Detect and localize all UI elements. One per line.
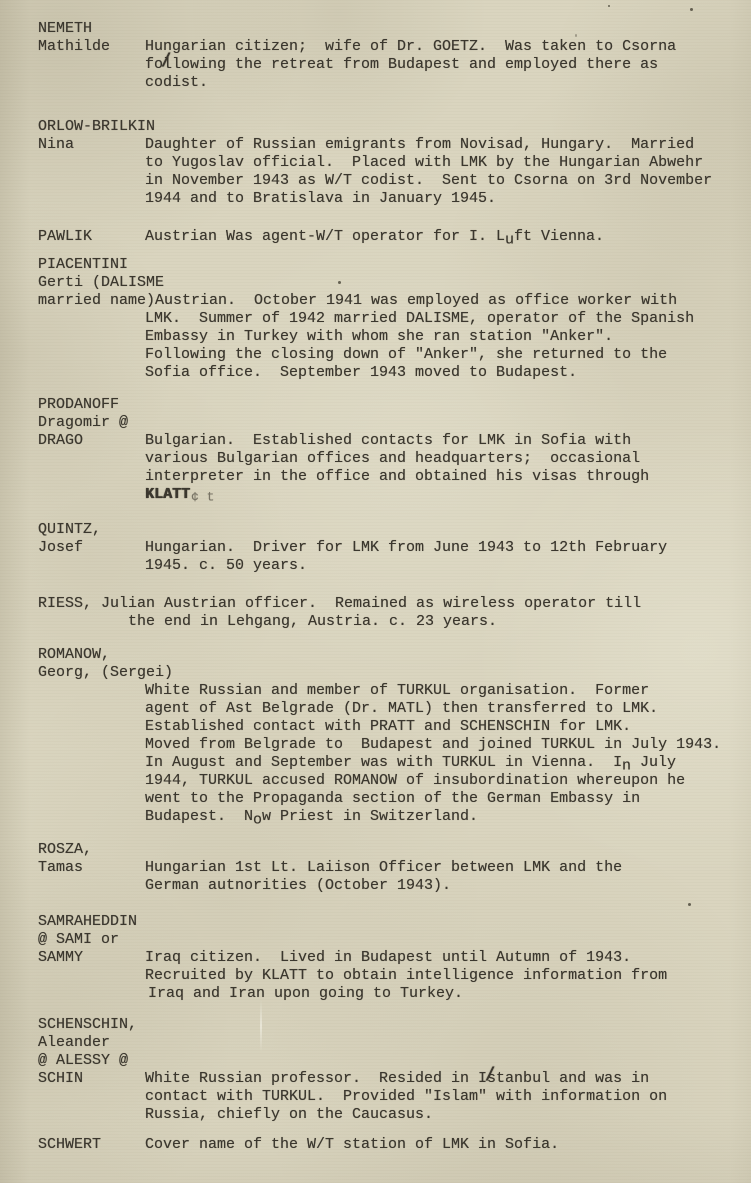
document-entry: SAMRAHEDDIN@ SAMI orSAMMYIraq citizen. L… [38,913,751,1003]
text-line: SAMMYIraq citizen. Lived in Budapest unt… [38,949,751,967]
text-line: Georg, (Sergei) [38,664,751,682]
entry-desc-text: July [631,754,676,772]
entry-desc-text: Hungarian. Driver for LMK from June 1943… [145,539,667,557]
entry-desc-text: Iraq and Iran upon going to Turkey. [148,985,463,1003]
text-line: Gerti (DALISME [38,274,751,292]
entry-desc-text: w Priest in Switzerland. [262,808,478,826]
document-entry: QUINTZ,JosefHungarian. Driver for LMK fr… [38,521,751,575]
entry-desc-text: White Russian professor. Resided in Ista… [145,1070,649,1088]
text-line: NEMETH [38,20,751,38]
entry-desc-text: o [253,812,262,830]
entry-name-text: PIACENTINI [38,256,128,274]
text-line: SCHWERTCover name of the W/T station of … [38,1136,751,1154]
entry-name-text: PAWLIK [38,228,92,246]
entry-desc-text: 1944 and to Bratislava in January 1945. [145,190,496,208]
text-line: contact with TURKUL. Provided "Islam" wi… [38,1088,751,1106]
document-entry: NEMETHMathildeHungarian citizen; wife of… [38,20,751,92]
entry-name-text: NEMETH [38,20,92,38]
text-line: ORLOW-BRILKIN [38,118,751,136]
text-line: @ SAMI or [38,931,751,949]
text-line: SAMRAHEDDIN [38,913,751,931]
text-line: agent of Ast Belgrade (Dr. MATL) then tr… [38,700,751,718]
text-line: MathildeHungarian citizen; wife of Dr. G… [38,38,751,56]
text-line: 1944 and to Bratislava in January 1945. [38,190,751,208]
entry-desc-text: Recruited by KLATT to obtain intelligenc… [145,967,667,985]
entry-name-text: QUINTZ, [38,521,101,539]
entry-desc-text: following the retreat from Budapest and … [145,56,658,74]
entry-desc-text: Sofia office. September 1943 moved to Bu… [145,364,577,382]
entry-desc-text: Bulgarian. Established contacts for LMK … [145,432,631,450]
paper-crease [260,1000,262,1052]
text-line: German autnorities (October 1943). [38,877,751,895]
text-line: 1945. c. 50 years. [38,557,751,575]
text-line: Embassy in Turkey with whom she ran stat… [38,328,751,346]
entry-desc-text: to Yugoslav official. Placed with LMK by… [145,154,703,172]
text-line: ROSZA, [38,841,751,859]
entry-desc-text: ft Vienna. [514,228,604,246]
entry-desc-text: Austrian Was agent-W/T operator for I. L [145,228,505,246]
entry-name-text: ROMANOW, [38,646,110,664]
entry-name-text: SAMMY [38,949,83,967]
entry-desc-text: Iraq citizen. Lived in Budapest until Au… [145,949,631,967]
text-line: the end in Lehgang, Austria. c. 23 years… [38,613,751,631]
text-line: interpreter in the office and obtained h… [38,468,751,486]
entry-name-text: SCHWERT [38,1136,101,1154]
text-line: 1944, TURKUL accused ROMANOW of insubord… [38,772,751,790]
text-line: JosefHungarian. Driver for LMK from June… [38,539,751,557]
entry-desc-text: Cover name of the W/T station of LMK in … [145,1136,559,1154]
text-line: Moved from Belgrade to Budapest and join… [38,736,751,754]
ink-speck [688,903,691,906]
document-entry: PAWLIKAustrian Was agent-W/T operator fo… [38,228,751,246]
text-line: DRAGOBulgarian. Established contacts for… [38,432,751,450]
text-line: to Yugoslav official. Placed with LMK by… [38,154,751,172]
text-line: Established contact with PRATT and SCHEN… [38,718,751,736]
document-entry: PRODANOFFDragomir @DRAGOBulgarian. Estab… [38,396,751,504]
text-line: LMK. Summer of 1942 married DALISME, ope… [38,310,751,328]
document-entry: SCHENSCHIN,Aleander@ ALESSY @SCHINWhite … [38,1016,751,1124]
ink-speck [608,5,610,7]
entry-desc-text: ¢ t [191,489,214,507]
text-line: married name)Austrian. October 1941 was … [38,292,751,310]
entry-name-text: Mathilde [38,38,110,56]
entry-name-text: DRAGO [38,432,83,450]
entry-desc-text: Budapest. N [145,808,253,826]
text-line: SCHINWhite Russian professor. Resided in… [38,1070,751,1088]
document-entry: ROSZA,TamasHungarian 1st Lt. Laiison Off… [38,841,751,895]
text-line: PRODANOFF [38,396,751,414]
entry-name-text: Gerti (DALISME [38,274,164,292]
entry-desc-text: Established contact with PRATT and SCHEN… [145,718,631,736]
entry-name-text: ROSZA, [38,841,92,859]
entry-desc-text: various Bulgarian offices and headquarte… [145,450,640,468]
entry-desc-text: Embassy in Turkey with whom she ran stat… [145,328,613,346]
document-page: NEMETHMathildeHungarian citizen; wife of… [0,0,751,1183]
entry-desc-text: Russia, chiefly on the Caucasus. [145,1106,433,1124]
entry-desc-text: 1944, TURKUL accused ROMANOW of insubord… [145,772,685,790]
text-line: Dragomir @ [38,414,751,432]
text-line: Aleander [38,1034,751,1052]
entry-name-text: SCHENSCHIN, [38,1016,137,1034]
entry-desc-text: contact with TURKUL. Provided "Islam" wi… [145,1088,667,1106]
entry-desc-text: KLATT [145,486,190,504]
entry-desc-text: Hungarian 1st Lt. Laiison Officer betwee… [145,859,622,877]
document-entry: RIESS, Julian Austrian officer. Remained… [38,595,751,631]
text-line: various Bulgarian offices and headquarte… [38,450,751,468]
entry-name-text: PRODANOFF [38,396,119,414]
ink-speck [690,8,693,11]
entry-desc-text: German autnorities (October 1943). [145,877,451,895]
entry-name-text: ORLOW-BRILKIN [38,118,155,136]
entry-list: NEMETHMathildeHungarian citizen; wife of… [38,20,751,1154]
entry-name-text: Tamas [38,859,83,877]
document-entry: PIACENTINIGerti (DALISMEmarried name)Aus… [38,256,751,382]
entry-desc-text: Hungarian citizen; wife of Dr. GOETZ. Wa… [145,38,676,56]
text-line: PIACENTINI [38,256,751,274]
entry-desc-text: In August and September was with TURKUL … [145,754,622,772]
overstrike-mark: / [485,1067,495,1088]
text-line: Russia, chiefly on the Caucasus. [38,1106,751,1124]
entry-desc-text: u [505,232,514,250]
text-line: KLATT¢ t [38,486,751,504]
entry-name-text: SAMRAHEDDIN [38,913,137,931]
text-line: Following the closing down of "Anker", s… [38,346,751,364]
text-line: TamasHungarian 1st Lt. Laiison Officer b… [38,859,751,877]
entry-name-text: married name)Austrian. October 1941 was … [38,292,677,310]
entry-name-text: Georg, (Sergei) [38,664,173,682]
entry-name-text: Aleander [38,1034,110,1052]
text-line: Iraq and Iran upon going to Turkey. [38,985,751,1003]
entry-name-text: Nina [38,136,74,154]
text-line: QUINTZ, [38,521,751,539]
entry-name-text: @ ALESSY @ [38,1052,128,1070]
entry-desc-text: 1945. c. 50 years. [145,557,307,575]
entry-desc-text: in November 1943 as W/T codist. Sent to … [145,172,712,190]
entry-name-text: @ SAMI or [38,931,119,949]
entry-desc-text: interpreter in the office and obtained h… [145,468,649,486]
text-line: SCHENSCHIN, [38,1016,751,1034]
entry-desc-text: went to the Propaganda section of the Ge… [145,790,640,808]
text-line: Sofia office. September 1943 moved to Bu… [38,364,751,382]
entry-name-text: Dragomir @ [38,414,128,432]
text-line: @ ALESSY @ [38,1052,751,1070]
text-line: Recruited by KLATT to obtain intelligenc… [38,967,751,985]
entry-desc-text: Moved from Belgrade to Budapest and join… [145,736,721,754]
entry-desc-text: Following the closing down of "Anker", s… [145,346,667,364]
document-entry: SCHWERTCover name of the W/T station of … [38,1136,751,1154]
entry-desc-text: agent of Ast Belgrade (Dr. MATL) then tr… [145,700,658,718]
entry-name-text: Josef [38,539,83,557]
text-line: ROMANOW, [38,646,751,664]
text-line: went to the Propaganda section of the Ge… [38,790,751,808]
text-line: following the retreat from Budapest and … [38,56,751,74]
ink-speck [575,34,577,37]
overstrike-mark: / [161,53,171,74]
entry-name-text: SCHIN [38,1070,83,1088]
ink-speck [338,281,341,284]
entry-desc-text: codist. [145,74,208,92]
text-line: PAWLIKAustrian Was agent-W/T operator fo… [38,228,751,246]
text-line: NinaDaughter of Russian emigrants from N… [38,136,751,154]
entry-name-text: RIESS, Julian Austrian officer. Remained… [38,595,641,613]
entry-name-text: the end in Lehgang, Austria. c. 23 years… [128,613,497,631]
entry-desc-text: Daughter of Russian emigrants from Novis… [145,136,694,154]
text-line: Budapest. Now Priest in Switzerland. [38,808,751,826]
text-line: White Russian and member of TURKUL organ… [38,682,751,700]
entry-desc-text: White Russian and member of TURKUL organ… [145,682,649,700]
text-line: in November 1943 as W/T codist. Sent to … [38,172,751,190]
document-entry: ROMANOW,Georg, (Sergei)White Russian and… [38,646,751,826]
document-entry: ORLOW-BRILKINNinaDaughter of Russian emi… [38,118,751,208]
entry-desc-text: LMK. Summer of 1942 married DALISME, ope… [145,310,694,328]
text-line: In August and September was with TURKUL … [38,754,751,772]
text-line: RIESS, Julian Austrian officer. Remained… [38,595,751,613]
text-line: codist. [38,74,751,92]
